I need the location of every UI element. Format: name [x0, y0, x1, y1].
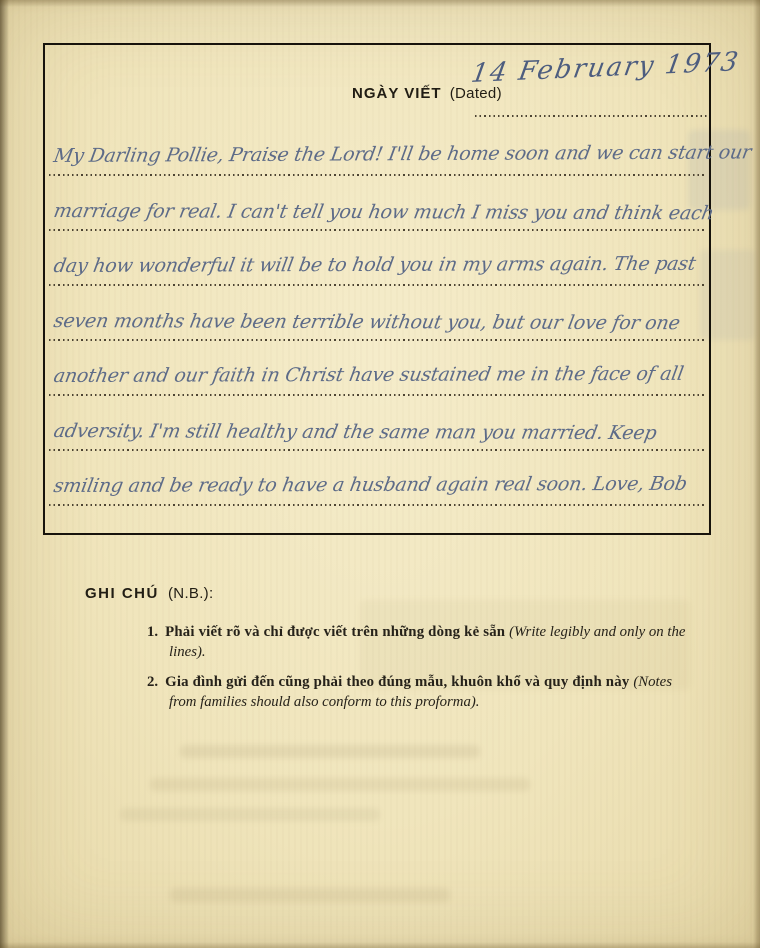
scan-edge-shadow — [0, 0, 760, 7]
notes-heading-vietnamese: GHI CHÚ — [85, 585, 159, 602]
handwritten-line: adversity. I'm still healthy and the sam… — [52, 420, 658, 444]
ruled-line — [49, 449, 707, 451]
note-item-1: 1.Phải viết rõ và chỉ được viết trên nhữ… — [147, 622, 691, 662]
handwritten-line: marriage for real. I can't tell you how … — [52, 200, 716, 224]
date-label-vietnamese: NGÀY VIẾT — [352, 85, 442, 102]
bleed-through-smudge — [150, 778, 530, 791]
bleed-through-smudge — [180, 745, 480, 758]
handwritten-line: day how wonderful it will be to hold you… — [52, 253, 697, 277]
note-2-number: 2. — [147, 674, 158, 690]
bleed-through-smudge — [120, 808, 380, 821]
ruled-line — [49, 339, 707, 341]
note-2-vietnamese: Gia đình gửi đến cũng phải theo đúng mẫu… — [165, 674, 633, 690]
handwritten-line: another and our faith in Christ have sus… — [52, 363, 685, 387]
notes-heading-english: (N.B.): — [168, 585, 213, 602]
ruled-line — [49, 394, 707, 396]
ruled-line — [49, 174, 707, 176]
ruled-line — [49, 229, 707, 231]
note-item-2: 2.Gia đình gửi đến cũng phải theo đúng m… — [147, 672, 691, 712]
date-ruled-line — [475, 115, 707, 117]
ruled-line — [49, 504, 707, 506]
notes-heading: GHI CHÚ (N.B.): — [85, 585, 213, 602]
handwritten-date: 14 February 1973 — [469, 47, 742, 89]
note-1-vietnamese: Phải viết rõ và chỉ được viết trên những… — [165, 624, 509, 640]
handwritten-line: smiling and be ready to have a husband a… — [52, 473, 689, 497]
note-1-number: 1. — [147, 624, 158, 640]
bleed-through-smudge — [170, 888, 450, 902]
ruled-line — [49, 284, 707, 286]
letter-writing-area: NGÀY VIẾT (Dated) 14 February 1973 My Da… — [43, 43, 711, 535]
scan-edge-shadow — [0, 942, 760, 948]
handwritten-line: seven months have been terrible without … — [52, 310, 682, 334]
scan-edge-shadow — [753, 0, 760, 948]
handwritten-line: My Darling Pollie, Praise the Lord! I'll… — [52, 141, 753, 167]
scan-edge-shadow — [0, 0, 9, 948]
letter-form-scan: NGÀY VIẾT (Dated) 14 February 1973 My Da… — [0, 0, 760, 948]
